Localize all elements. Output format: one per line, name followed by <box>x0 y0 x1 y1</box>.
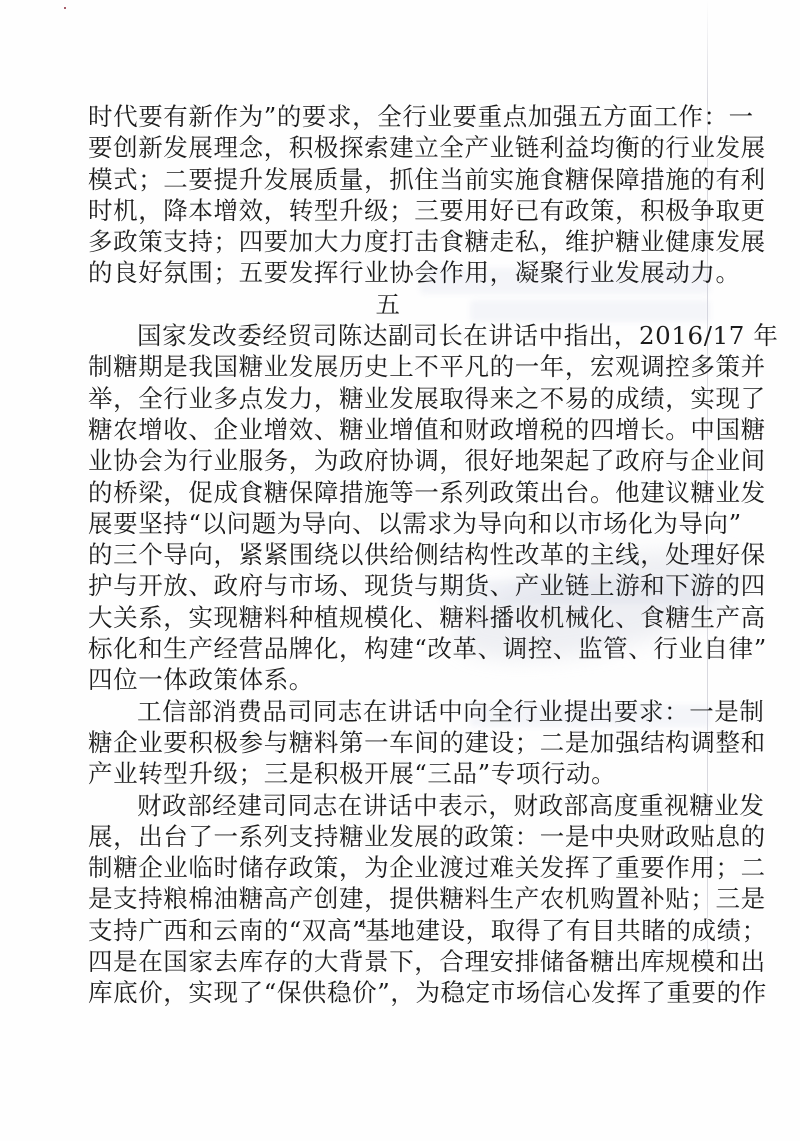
text-line: 制糖期是我国糖业发展历史上不平凡的一年，宏观调控多策并 <box>88 351 688 382</box>
section-heading: 五 <box>88 289 688 320</box>
text-line: 国家发改委经贸司陈达副司长在讲话中指出，2016/17 年 <box>88 320 688 351</box>
text-line: 举，全行业多点发力，糖业发展取得来之不易的成绩，实现了 <box>88 383 688 414</box>
text-line: 财政部经建司同志在讲话中表示，财政部高度重视糖业发 <box>88 790 688 821</box>
scan-speck <box>64 7 66 9</box>
text-line: 时代要有新作为”的要求，全行业要重点加强五方面工作：一 <box>88 101 688 132</box>
text-line: 支持广西和云南的“双高”基地建设，取得了有目共睹的成绩； <box>88 915 688 946</box>
text-line: 的三个导向，紧紧围绕以供给侧结构性改革的主线，处理好保 <box>88 539 688 570</box>
text-line: 库底价，实现了“保供稳价”，为稳定市场信心发挥了重要的作 <box>88 977 688 1008</box>
text-line: 展，出台了一系列支持糖业发展的政策：一是中央财政贴息的 <box>88 821 688 852</box>
text-line: 糖企业要积极参与糖料第一车间的建设；二是加强结构调整和 <box>88 727 688 758</box>
text-line: 时机，降本增效，转型升级；三要用好已有政策，积极争取更 <box>88 195 688 226</box>
text-line: 要创新发展理念，积极探索建立全产业链利益均衡的行业发展 <box>88 132 688 163</box>
text-line: 多政策支持；四要加大力度打击食糖走私，维护糖业健康发展 <box>88 226 688 257</box>
text-line: 制糖企业临时储存政策，为企业渡过难关发挥了重要作用；二 <box>88 852 688 883</box>
text-line: 是支持粮棉油糖高产创建，提供糖料生产农机购置补贴；三是 <box>88 883 688 914</box>
text-line: 展要坚持“以问题为导向、以需求为导向和以市场化为导向” <box>88 508 688 539</box>
text-line: 糖农增收、企业增效、糖业增值和财政增税的四增长。中国糖 <box>88 414 688 445</box>
text-line: 的良好氛围；五要发挥行业协会作用，凝聚行业发展动力。 <box>88 257 688 288</box>
body-text: 时代要有新作为”的要求，全行业要重点加强五方面工作：一要创新发展理念，积极探索建… <box>88 101 688 1009</box>
text-line: 四位一体政策体系。 <box>88 664 688 695</box>
text-line: 模式；二要提升发展质量，抓住当前实施食糖保障措施的有利 <box>88 164 688 195</box>
text-line: 标化和生产经营品牌化，构建“改革、调控、监管、行业自律” <box>88 633 688 664</box>
text-line: 的桥梁，促成食糖保障措施等一系列政策出台。他建议糖业发 <box>88 477 688 508</box>
page-number: 4 <box>352 917 372 934</box>
text-line: 工信部消费品司同志在讲话中向全行业提出要求：一是制 <box>88 696 688 727</box>
text-line: 业协会为行业服务，为政府协调，很好地架起了政府与企业间 <box>88 445 688 476</box>
text-line: 产业转型升级；三是积极开展“三品”专项行动。 <box>88 758 688 789</box>
text-line: 护与开放、政府与市场、现货与期货、产业链上游和下游的四 <box>88 570 688 601</box>
text-line: 四是在国家去库存的大背景下，合理安排储备糖出库规模和出 <box>88 946 688 977</box>
text-line: 大关系，实现糖料种植规模化、糖料播收机械化、食糖生产高 <box>88 602 688 633</box>
scanned-document-page: 时代要有新作为”的要求，全行业要重点加强五方面工作：一要创新发展理念，积极探索建… <box>0 0 800 1141</box>
